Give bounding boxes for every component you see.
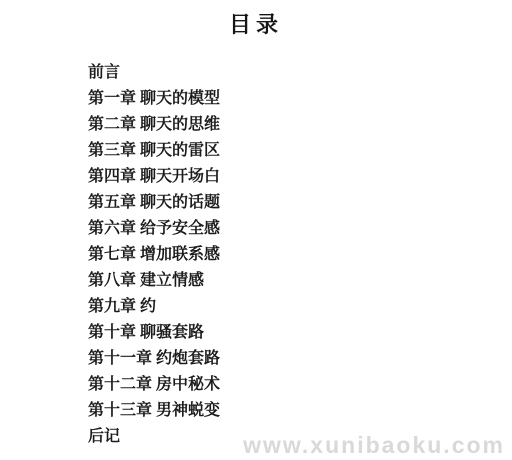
toc-item-chapter-13: 第十三章 男神蜕变 — [88, 398, 448, 424]
toc-item-chapter-2: 第二章 聊天的思维 — [88, 112, 448, 138]
toc-item-chapter-4: 第四章 聊天开场白 — [88, 164, 448, 190]
toc-item-chapter-10: 第十章 聊骚套路 — [88, 320, 448, 346]
document-page: 目录 前言 第一章 聊天的模型 第二章 聊天的思维 第三章 聊天的雷区 第四章 … — [0, 0, 512, 460]
toc-item-chapter-6: 第六章 给予安全感 — [88, 216, 448, 242]
toc-item-chapter-11: 第十一章 约炮套路 — [88, 346, 448, 372]
toc-item-chapter-1: 第一章 聊天的模型 — [88, 86, 448, 112]
toc-item-chapter-8: 第八章 建立情感 — [88, 268, 448, 294]
toc-item-chapter-5: 第五章 聊天的话题 — [88, 190, 448, 216]
toc-item-chapter-3: 第三章 聊天的雷区 — [88, 138, 448, 164]
toc-item-chapter-12: 第十二章 房中秘术 — [88, 372, 448, 398]
page-title: 目录 — [0, 8, 512, 39]
watermark-text: www.xunibaoku.com — [243, 432, 505, 459]
table-of-contents: 前言 第一章 聊天的模型 第二章 聊天的思维 第三章 聊天的雷区 第四章 聊天开… — [88, 60, 448, 450]
toc-item-preface: 前言 — [88, 60, 448, 86]
toc-item-chapter-9: 第九章 约 — [88, 294, 448, 320]
toc-item-chapter-7: 第七章 增加联系感 — [88, 242, 448, 268]
